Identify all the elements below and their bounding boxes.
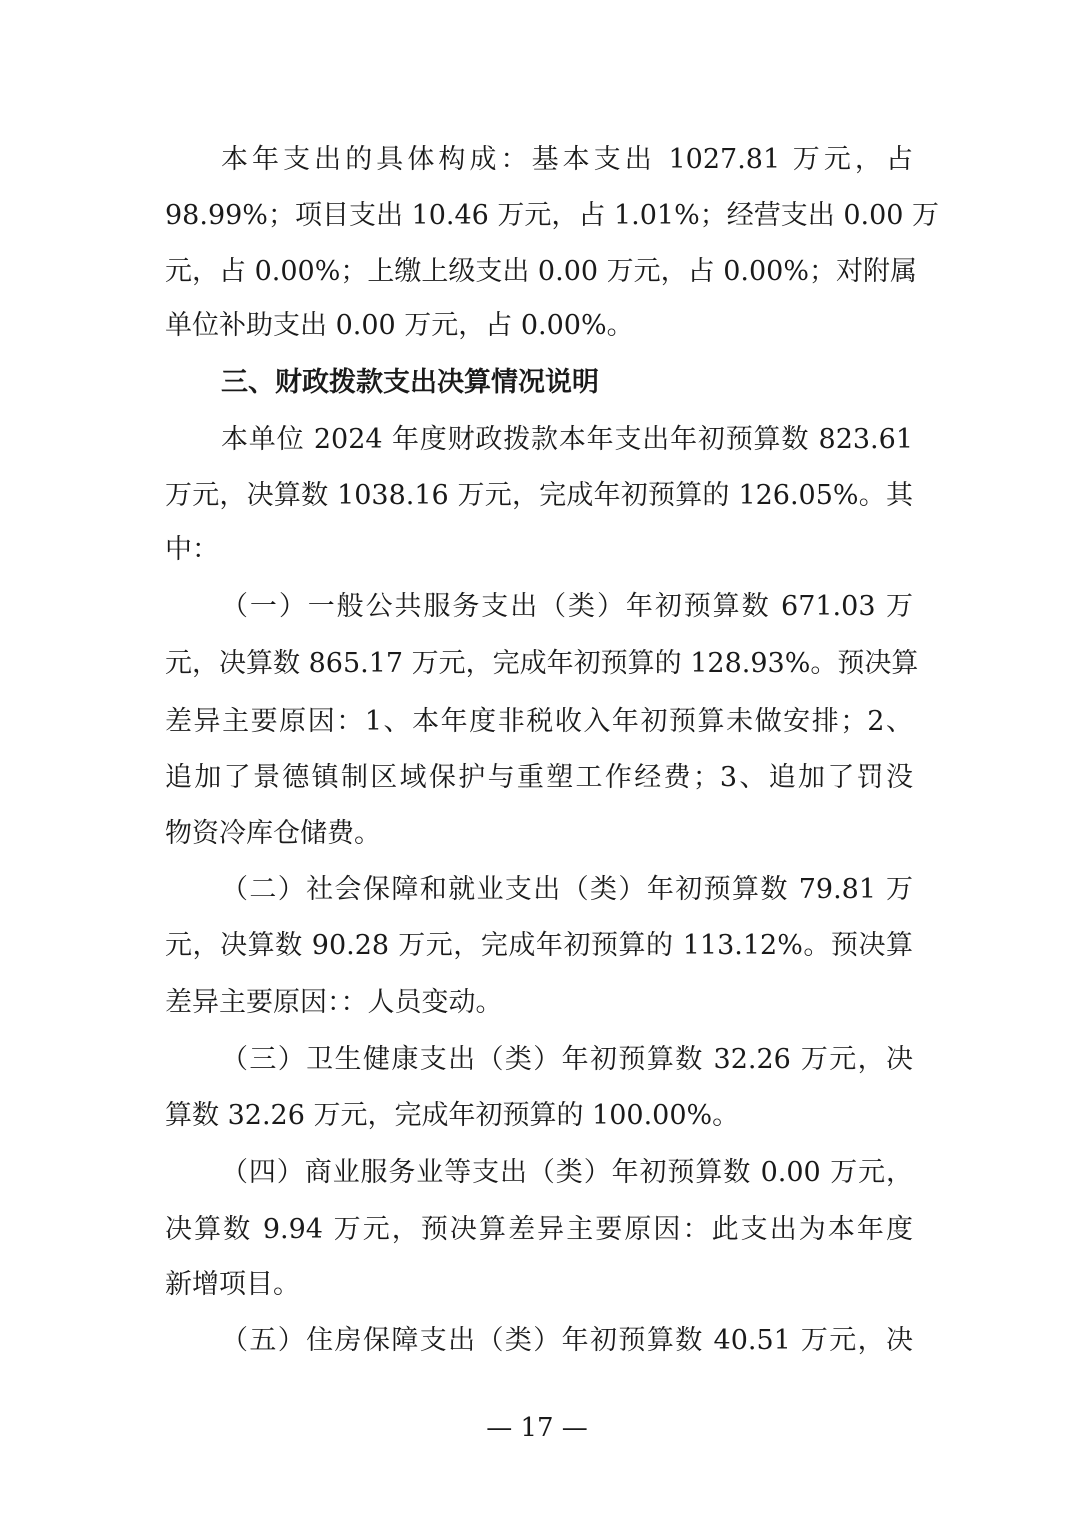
paragraph-line: （五）住房保障支出（类）年初预算数 40.51 万元，决: [221, 1321, 913, 1361]
paragraph-line: 物资冷库仓储费。: [165, 814, 913, 854]
paragraph-line: 元，决算数 865.17 万元，完成年初预算的 128.93%。预决算: [165, 644, 913, 684]
paragraph-line: （二）社会保障和就业支出（类）年初预算数 79.81 万: [221, 870, 913, 910]
document-page: 本年支出的具体构成：基本支出 1027.81 万元，占98.99%；项目支出 1…: [0, 0, 1074, 1520]
paragraph-line: （四）商业服务业等支出（类）年初预算数 0.00 万元，: [221, 1153, 913, 1193]
paragraph-line: （一）一般公共服务支出（类）年初预算数 671.03 万: [221, 587, 913, 627]
page-number: — 17 —: [0, 1408, 1074, 1448]
paragraph-line: 元，决算数 90.28 万元，完成年初预算的 113.12%。预决算: [165, 926, 913, 966]
paragraph-line: （三）卫生健康支出（类）年初预算数 32.26 万元，决: [221, 1040, 913, 1080]
paragraph-line: 决算数 9.94 万元，预决算差异主要原因：此支出为本年度: [165, 1210, 913, 1250]
paragraph-line: 新增项目。: [165, 1265, 913, 1305]
paragraph-line: 差异主要原因：：人员变动。: [165, 983, 913, 1023]
paragraph-line: 中：: [165, 530, 913, 570]
paragraph-line: 单位补助支出 0.00 万元，占 0.00%。: [165, 306, 913, 346]
paragraph-line: 差异主要原因：1、本年度非税收入年初预算未做安排；2、: [165, 702, 913, 742]
paragraph-line: 98.99%；项目支出 10.46 万元，占 1.01%；经营支出 0.00 万: [165, 196, 913, 236]
paragraph-line: 本单位 2024 年度财政拨款本年支出年初预算数 823.61: [221, 420, 913, 460]
paragraph-line: 追加了景德镇制区域保护与重塑工作经费；3、追加了罚没: [165, 758, 913, 798]
paragraph-line: 本年支出的具体构成：基本支出 1027.81 万元，占: [221, 140, 913, 180]
paragraph-line: 元，占 0.00%；上缴上级支出 0.00 万元，占 0.00%；对附属: [165, 252, 913, 292]
paragraph-line: 算数 32.26 万元，完成年初预算的 100.00%。: [165, 1096, 913, 1136]
section-heading: 三、财政拨款支出决算情况说明: [221, 363, 913, 403]
paragraph-line: 万元，决算数 1038.16 万元，完成年初预算的 126.05%。其: [165, 476, 913, 516]
